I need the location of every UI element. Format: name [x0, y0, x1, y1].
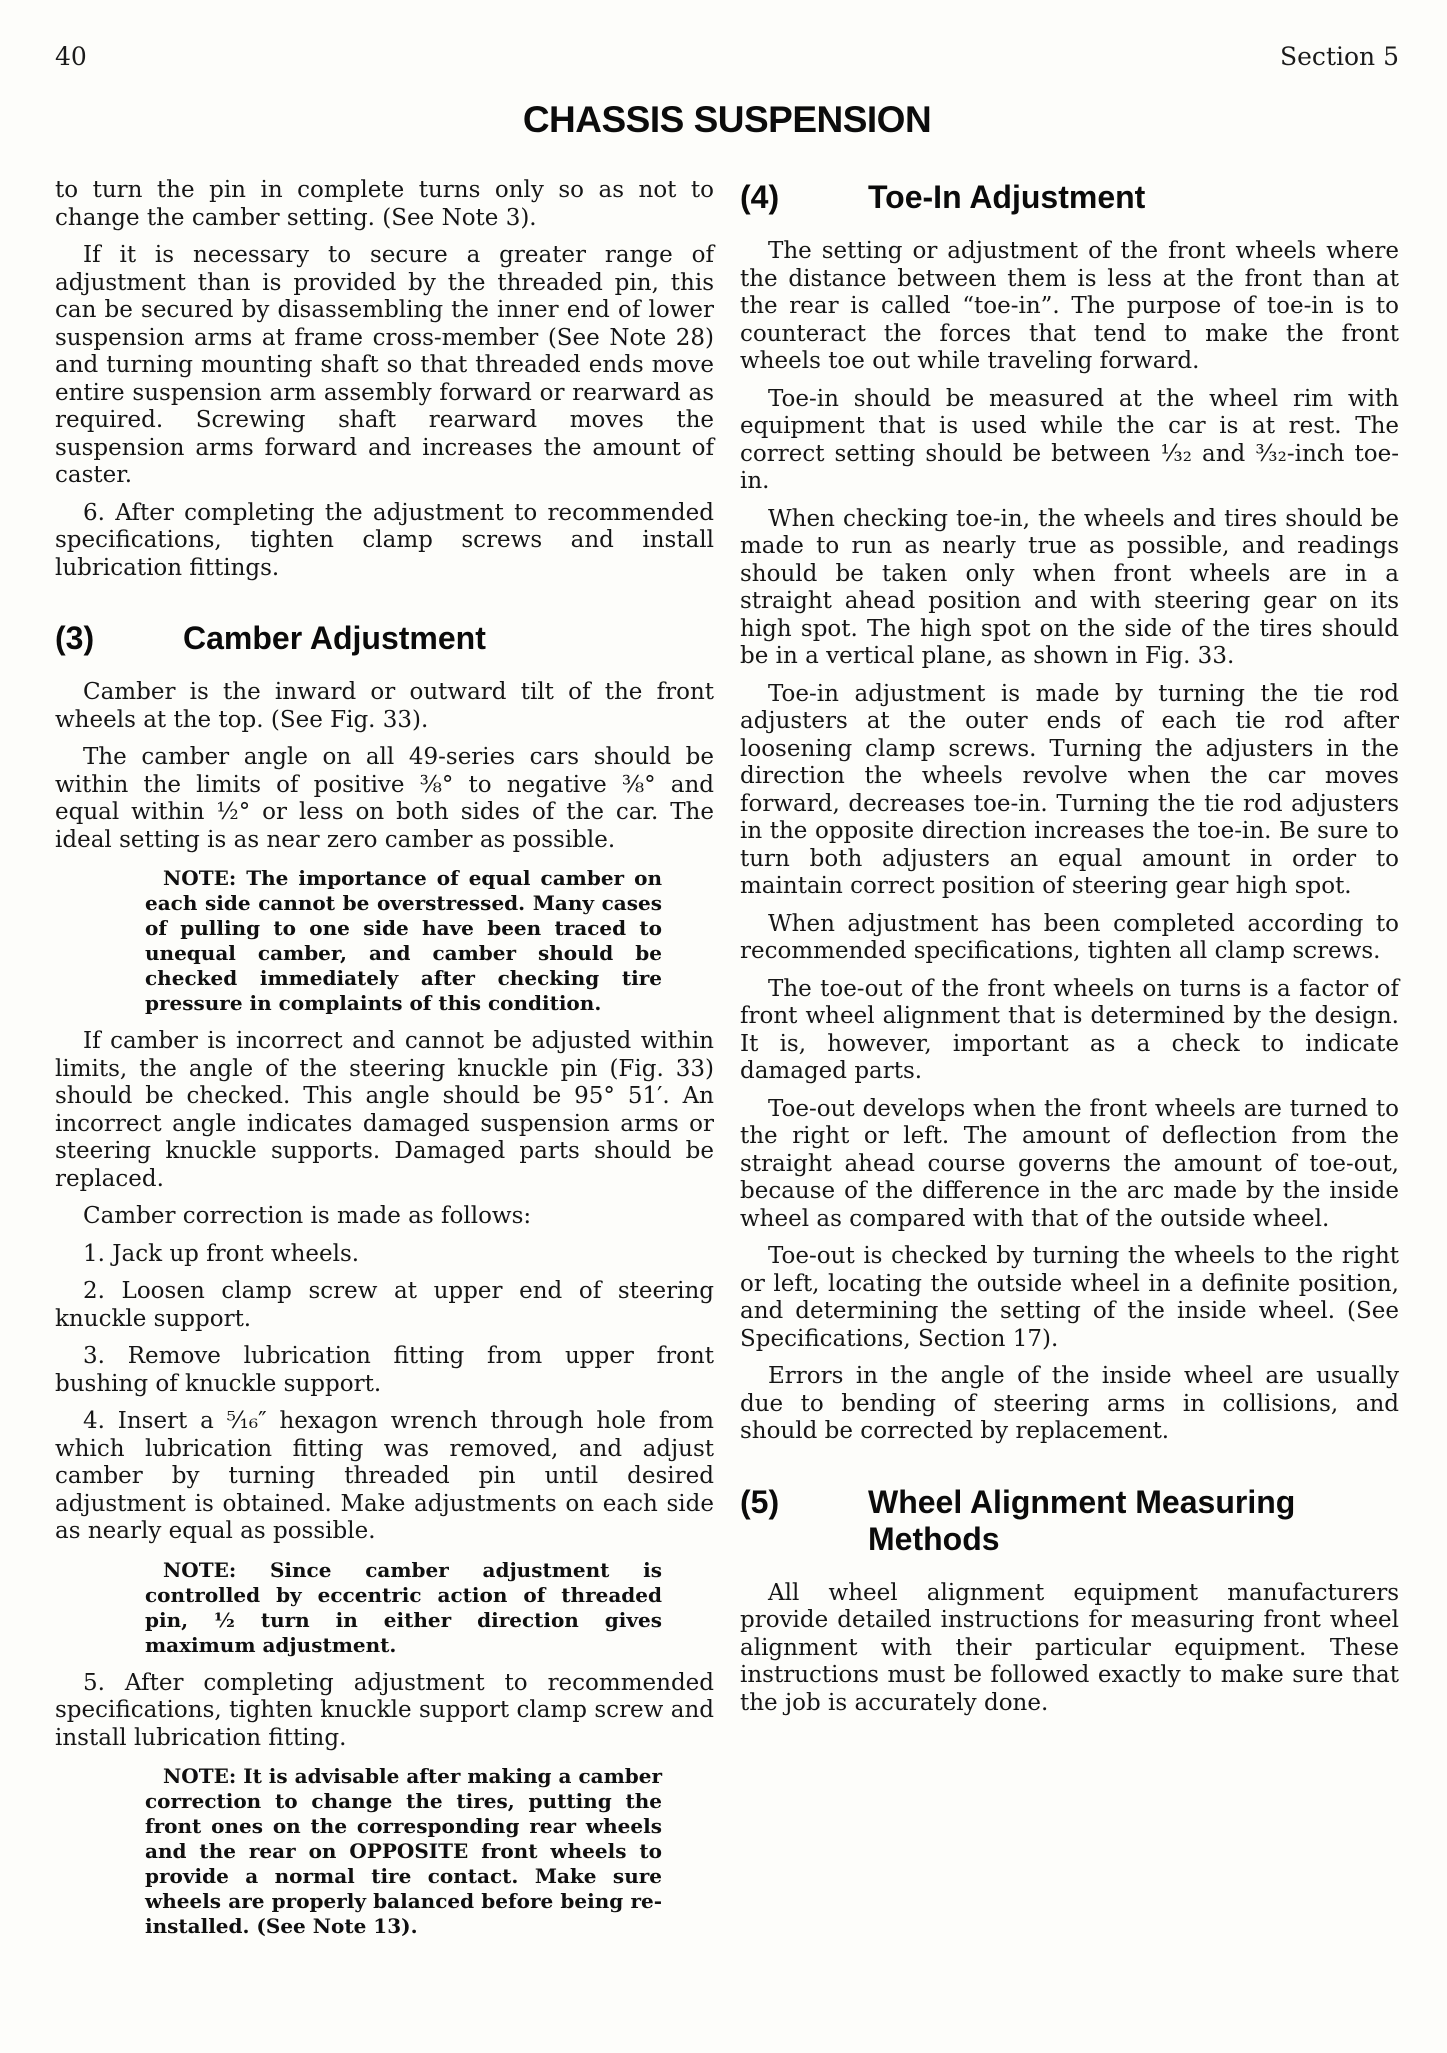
body-paragraph: 3. Remove lubrication fitting from upper…	[55, 1343, 714, 1398]
section-heading: (5)Wheel Alignment Measuring Methods	[740, 1484, 1399, 1558]
body-paragraph: If it is necessary to secure a greater r…	[55, 242, 714, 490]
body-paragraph: The camber angle on all 49-series cars s…	[55, 744, 714, 854]
body-paragraph: When adjustment has been completed accor…	[740, 911, 1399, 966]
body-paragraph: All wheel alignment equipment manufactur…	[740, 1580, 1399, 1718]
manual-page: 40 Section 5 CHASSIS SUSPENSION to turn …	[0, 0, 1447, 2053]
body-paragraph: 1. Jack up front wheels.	[55, 1241, 714, 1269]
body-paragraph: Toe-in should be measured at the wheel r…	[740, 386, 1399, 496]
body-paragraph: When checking toe-in, the wheels and tir…	[740, 506, 1399, 671]
section-title: Camber Adjustment	[183, 620, 486, 657]
section-label: Section 5	[1280, 42, 1399, 71]
body-paragraph: The toe-out of the front wheels on turns…	[740, 976, 1399, 1086]
section-title: Wheel Alignment Measuring Methods	[868, 1484, 1368, 1558]
body-paragraph: If camber is incorrect and cannot be adj…	[55, 1028, 714, 1193]
section-heading: (3)Camber Adjustment	[55, 620, 714, 657]
page-title: CHASSIS SUSPENSION	[55, 99, 1399, 141]
body-paragraph: Errors in the angle of the inside wheel …	[740, 1363, 1399, 1446]
section-title: Toe-In Adjustment	[868, 179, 1145, 216]
section-number: (5)	[740, 1484, 868, 1558]
body-paragraph: Toe-in adjustment is made by turning the…	[740, 681, 1399, 901]
body-paragraph: Toe-out is checked by turning the wheels…	[740, 1243, 1399, 1353]
right-column: (4)Toe-In AdjustmentThe setting or adjus…	[740, 177, 1399, 1951]
body-paragraph: 2. Loosen clamp screw at upper end of st…	[55, 1278, 714, 1333]
two-column-layout: to turn the pin in complete turns only s…	[55, 177, 1399, 1951]
section-number: (4)	[740, 179, 868, 216]
section-heading: (4)Toe-In Adjustment	[740, 179, 1399, 216]
page-number: 40	[55, 42, 87, 71]
note-paragraph: NOTE: It is advisable after making a cam…	[145, 1764, 662, 1939]
body-paragraph: Camber correction is made as follows:	[55, 1203, 714, 1231]
body-paragraph: 4. Insert a ⁵⁄₁₆″ hexagon wrench through…	[55, 1408, 714, 1546]
section-number: (3)	[55, 620, 183, 657]
body-paragraph: Toe-out develops when the front wheels a…	[740, 1096, 1399, 1234]
body-paragraph: to turn the pin in complete turns only s…	[55, 177, 714, 232]
body-paragraph: The setting or adjustment of the front w…	[740, 238, 1399, 376]
left-column: to turn the pin in complete turns only s…	[55, 177, 714, 1951]
body-paragraph: 6. After completing the adjustment to re…	[55, 500, 714, 583]
note-paragraph: NOTE: Since camber adjustment is control…	[145, 1558, 662, 1658]
body-paragraph: 5. After completing adjustment to recomm…	[55, 1670, 714, 1753]
body-paragraph: Camber is the inward or outward tilt of …	[55, 679, 714, 734]
note-paragraph: NOTE: The importance of equal camber on …	[145, 866, 662, 1016]
running-header: 40 Section 5	[55, 42, 1399, 71]
